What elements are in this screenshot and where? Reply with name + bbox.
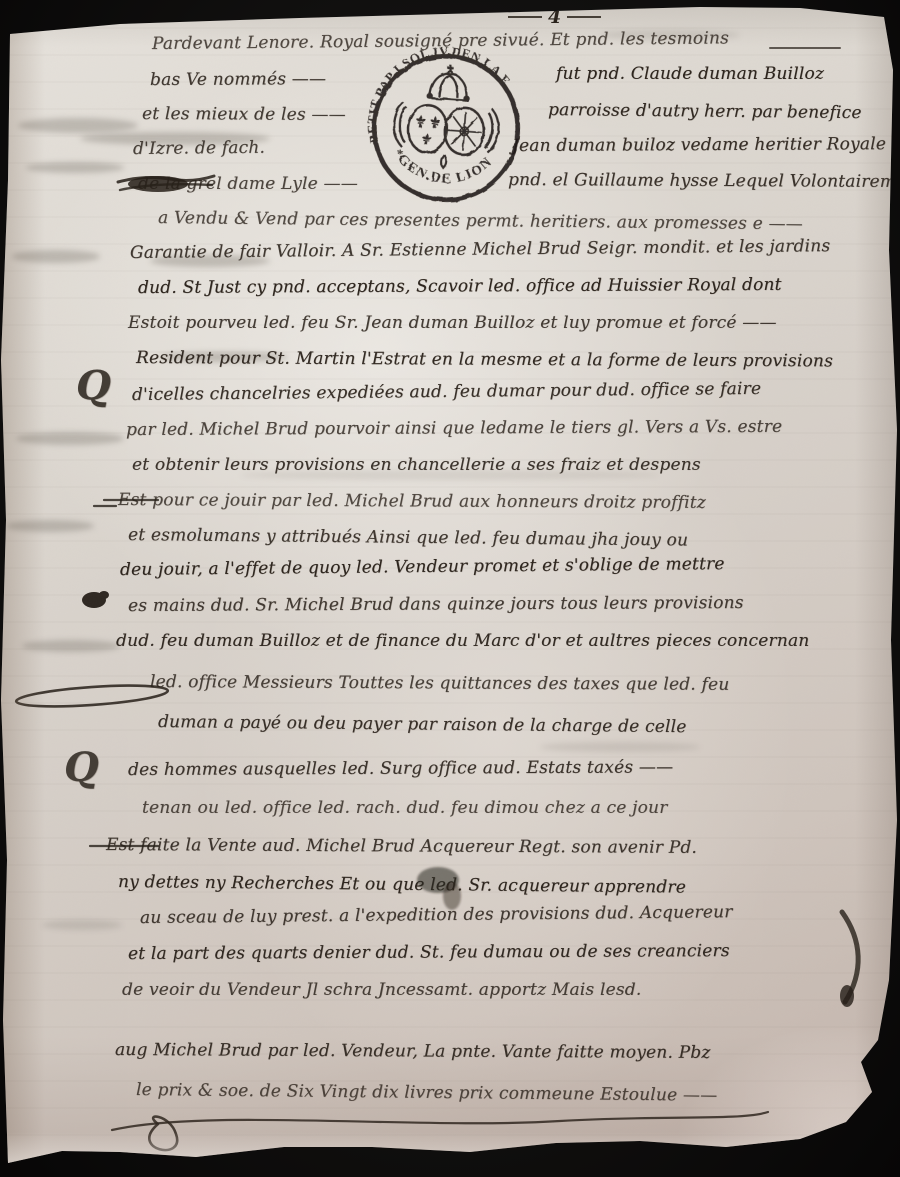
torn-edge-rim <box>0 1113 900 1177</box>
document-photo: 4 Pardevant Lenore. Royal sousigné pre s… <box>0 0 900 1177</box>
manuscript-paper: 4 Pardevant Lenore. Royal sousigné pre s… <box>0 0 900 1177</box>
paper-edge-shading <box>0 0 900 1177</box>
